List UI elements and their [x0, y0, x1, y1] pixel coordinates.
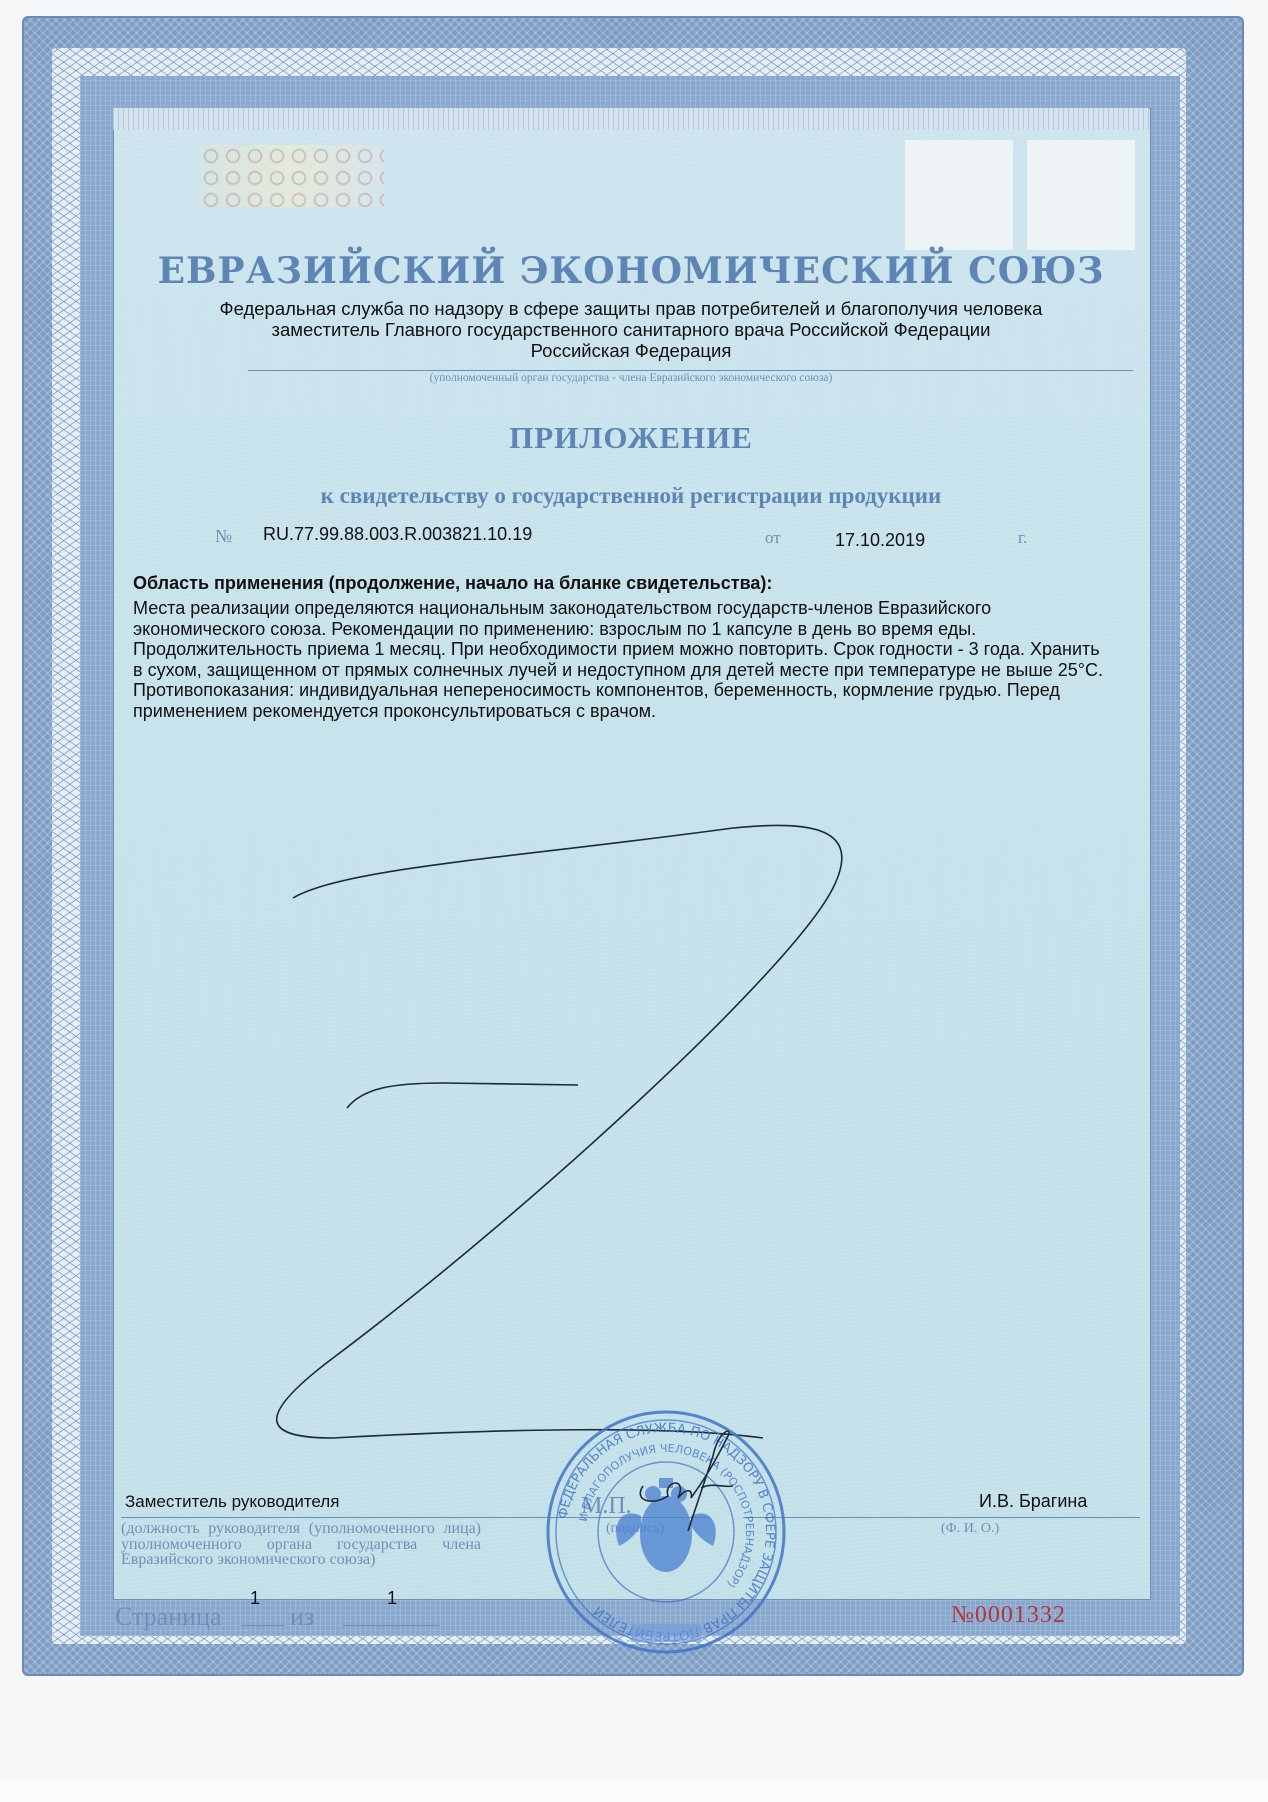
signatory-position: Заместитель руководителя — [125, 1492, 339, 1512]
handwritten-signature — [633, 1426, 773, 1536]
name-underline — [743, 1517, 1140, 1518]
page-label: Страница — [115, 1602, 222, 1632]
agency-line: Российская Федерация — [113, 340, 1149, 361]
name-caption: (Ф. И. О.) — [941, 1521, 999, 1537]
certificate-content: ЕВРАЗИЙСКИЙ ЭКОНОМИЧЕСКИЙ СОЮЗ Федеральн… — [113, 108, 1149, 1598]
page-current: 1 — [250, 1588, 260, 1609]
agency-line: заместитель Главного государственного са… — [113, 319, 1149, 340]
scope-body: Места реализации определяются национальн… — [133, 598, 1108, 721]
signatory-name: И.В. Брагина — [979, 1491, 1087, 1512]
registration-number: RU.77.99.88.003.R.003821.10.19 — [263, 524, 532, 545]
position-caption: (должность руководителя (уполномоченного… — [121, 1521, 481, 1568]
annex-title: ПРИЛОЖЕНИЕ — [113, 420, 1149, 456]
agency-underline — [248, 370, 1133, 371]
union-title: ЕВРАЗИЙСКИЙ ЭКОНОМИЧЕСКИЙ СОЮЗ — [113, 250, 1149, 292]
scan-bottom-margin — [0, 1782, 1268, 1802]
date-suffix: г. — [1018, 528, 1027, 548]
agency-line: Федеральная служба по надзору в сфере за… — [113, 298, 1149, 319]
number-sign: № — [215, 526, 232, 547]
page-of-label: из — [290, 1602, 314, 1632]
date-prefix: от — [765, 528, 781, 548]
agency-caption: (уполномоченный орган государства - член… — [113, 372, 1149, 384]
page-total-underline — [343, 1625, 439, 1626]
annex-subtitle: к свидетельству о государственной регист… — [113, 483, 1149, 509]
page-total: 1 — [387, 1588, 397, 1609]
issuing-agency: Федеральная служба по надзору в сфере за… — [113, 298, 1149, 361]
registration-date: 17.10.2019 — [835, 530, 925, 551]
form-serial-number: №0001332 — [951, 1602, 1066, 1629]
page-current-underline — [241, 1625, 285, 1626]
scope-heading: Область применения (продолжение, начало … — [133, 573, 772, 594]
